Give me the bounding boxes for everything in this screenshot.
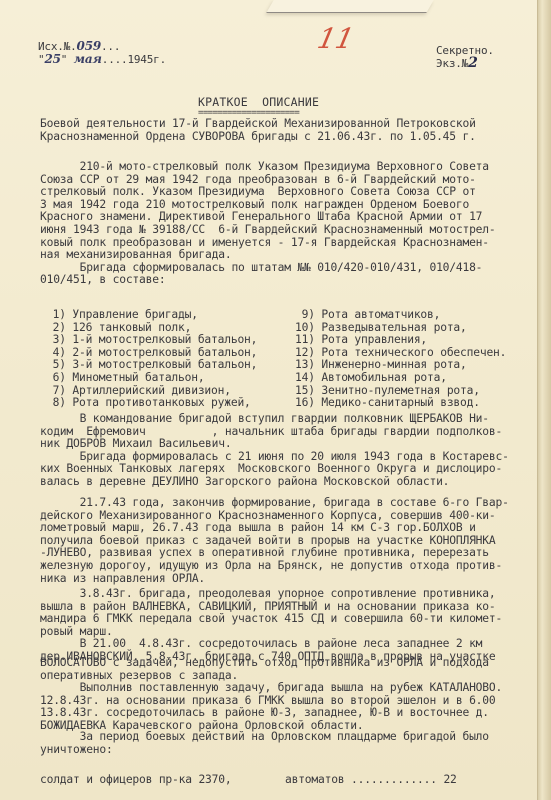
copy-label: Экз.№: [436, 57, 468, 70]
paragraph-august: 3.8.43г. бригада, преодолевая упорное со…: [40, 588, 502, 664]
classification-label: Секретно.: [436, 44, 494, 57]
document-subtitle: Боевой деятельности 17-й Гвардейской Мех…: [40, 118, 476, 143]
outgoing-reference: Исх.№.059... "25" мая....1945г.: [38, 40, 166, 66]
date-day: 25: [44, 52, 60, 66]
tally-automatics: автоматов ............. 22: [285, 774, 457, 787]
tally-soldiers: солдат и офицеров пр-ка 2370,: [40, 774, 231, 787]
paragraph-march: 21.7.43 года, закончив формирование, бри…: [40, 497, 509, 585]
copy-number: 2: [468, 55, 478, 71]
classification-block: Секретно. Экз.№2: [436, 44, 494, 70]
composition-list-left: 1) Управление бригады, 2) 126 танковый п…: [46, 309, 257, 410]
paragraph-task: ВОЛОСАТОВО с задачей, недопустить отход …: [40, 657, 502, 733]
paragraph-history: 210-й мото-стрелковый полк Указом Презид…: [40, 161, 496, 287]
outgoing-number: 059: [77, 39, 101, 53]
composition-list-right: 9) Рота автоматчиков, 10) Разведывательн…: [295, 309, 506, 410]
tally-soldiers-value: 2370,: [198, 773, 231, 786]
tally-automatics-label: автоматов .............: [285, 773, 437, 786]
page-binding-edge: [537, 0, 551, 800]
tally-automatics-value: 22: [443, 773, 456, 786]
paragraph-destroyed-intro: За период боевых действий на Орловском п…: [40, 731, 489, 756]
folded-paper-corner: [266, 0, 434, 13]
tally-soldiers-label: солдат и офицеров пр-ка: [40, 773, 192, 786]
paragraph-command: В командование бригадой вступил гвардии …: [40, 413, 509, 489]
date-year: ....1945г.: [102, 53, 166, 66]
red-pencil-mark: 11: [314, 22, 357, 55]
date-month: мая: [74, 52, 102, 66]
